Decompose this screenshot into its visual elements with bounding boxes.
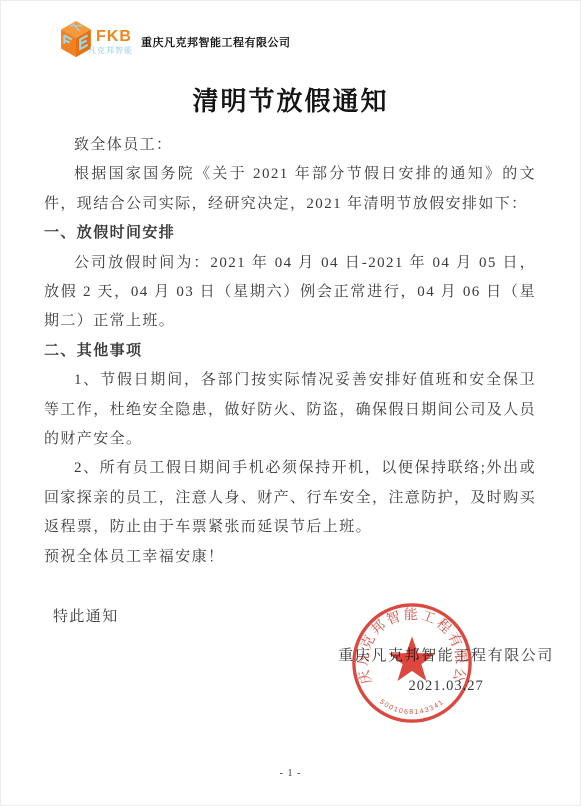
section-2-heading: 二、其他事项 bbox=[44, 337, 536, 366]
document-title: 清明节放假通知 bbox=[1, 81, 580, 118]
logo-fkb-text: FKB bbox=[96, 28, 133, 46]
intro-paragraph: 根据国家国务院《关于 2021 年部分节假日安排的通知》的文件，现结合公司实际，… bbox=[44, 160, 536, 219]
page-number: - 1 - bbox=[1, 768, 580, 779]
salutation: 致全体员工： bbox=[44, 131, 536, 160]
stamp-number-text: 5001068143341 bbox=[378, 699, 446, 717]
section-1-heading: 一、放假时间安排 bbox=[44, 219, 536, 248]
logo-subtitle-text: 凡克邦智能 bbox=[88, 46, 133, 55]
logo-wordmark: FKB 凡克邦智能 bbox=[96, 19, 133, 55]
section-2-item-1: 1、节假日期间，各部门按实际情况妥善安排好值班和安全保卫等工作，杜绝安全隐患，做… bbox=[44, 366, 536, 454]
document-body: 致全体员工： 根据国家国务院《关于 2021 年部分节假日安排的通知》的文件，现… bbox=[44, 131, 536, 633]
document-page: FKB 凡克邦智能 重庆凡克邦智能工程有限公司 清明节放假通知 致全体员工： 根… bbox=[0, 0, 581, 806]
section-1-text: 公司放假时间为：2021 年 04 月 04 日-2021 年 04 月 05 … bbox=[44, 249, 536, 337]
letterhead: FKB 凡克邦智能 重庆凡克邦智能工程有限公司 bbox=[59, 19, 291, 59]
stamp-star-icon bbox=[389, 636, 436, 681]
company-seal-stamp: 重庆凡克邦智能工程有限公司 5001068143341 bbox=[348, 600, 476, 728]
letterhead-company-name: 重庆凡克邦智能工程有限公司 bbox=[141, 34, 291, 50]
svg-text:5001068143341: 5001068143341 bbox=[378, 699, 446, 717]
section-2-item-2: 2、所有员工假日期间手机必须保持开机，以便保持联络;外出或回家探亲的员工，注意人… bbox=[44, 454, 536, 542]
wish-line: 预祝全体员工幸福安康！ bbox=[44, 543, 536, 572]
